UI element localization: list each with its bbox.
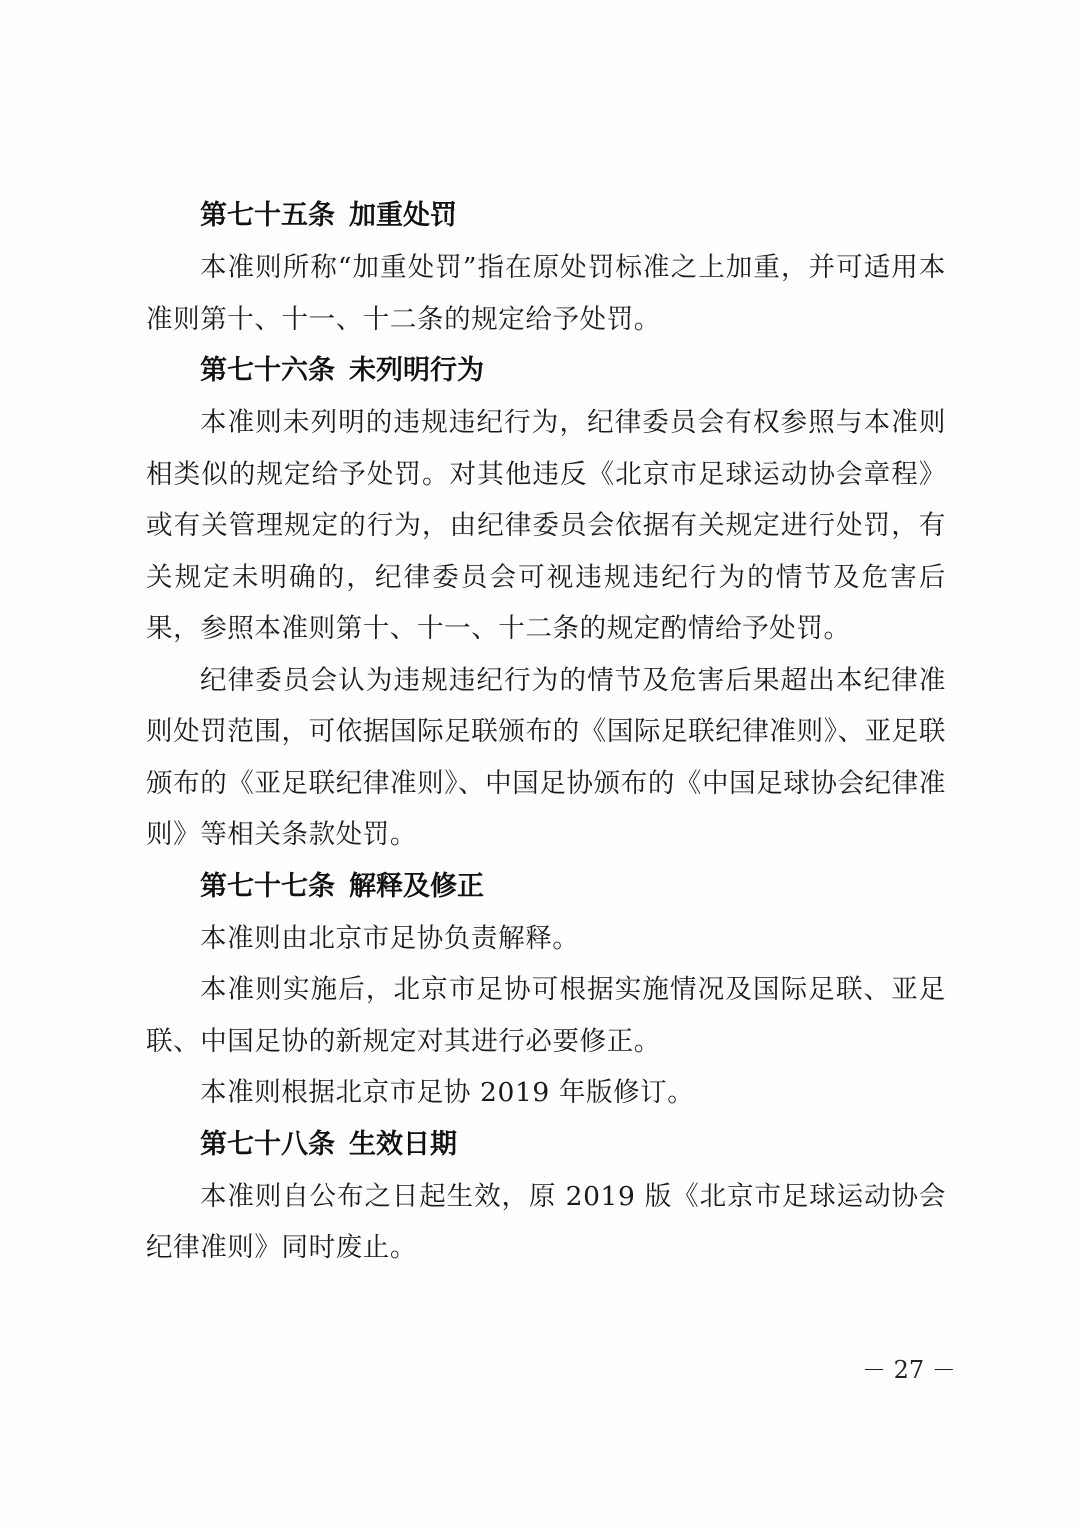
article-title: 加重处罚 [349, 200, 457, 231]
document-body: 第七十五条加重处罚 本准则所称“加重处罚”指在原处罚标准之上加重，并可适用本准则… [146, 190, 946, 1274]
page-number: － 27 － [862, 1350, 956, 1385]
article-76: 第七十六条未列明行为 本准则未列明的违规违纪行为，纪律委员会有权参照与本准则相类… [146, 345, 946, 861]
article-heading: 第七十八条生效日期 [146, 1119, 946, 1171]
article-77: 第七十七条解释及修正 本准则由北京市足协负责解释。 本准则实施后，北京市足协可根… [146, 861, 946, 1119]
article-paragraph: 本准则所称“加重处罚”指在原处罚标准之上加重，并可适用本准则第十、十一、十二条的… [146, 242, 946, 345]
article-title: 生效日期 [349, 1129, 457, 1160]
article-paragraph: 本准则实施后，北京市足协可根据实施情况及国际足联、亚足联、中国足协的新规定对其进… [146, 964, 946, 1067]
article-78: 第七十八条生效日期 本准则自公布之日起生效，原 2019 版《北京市足球运动协会… [146, 1119, 946, 1274]
article-heading: 第七十七条解释及修正 [146, 861, 946, 913]
article-paragraph: 本准则未列明的违规违纪行为，纪律委员会有权参照与本准则相类似的规定给予处罚。对其… [146, 397, 946, 655]
article-75: 第七十五条加重处罚 本准则所称“加重处罚”指在原处罚标准之上加重，并可适用本准则… [146, 190, 946, 345]
article-number: 第七十六条 [200, 355, 335, 386]
article-paragraph: 纪律委员会认为违规违纪行为的情节及危害后果超出本纪律准则处罚范围，可依据国际足联… [146, 655, 946, 861]
article-title: 解释及修正 [349, 871, 484, 902]
article-paragraph: 本准则根据北京市足协 2019 年版修订。 [146, 1067, 946, 1119]
article-number: 第七十八条 [200, 1129, 335, 1160]
article-paragraph: 本准则由北京市足协负责解释。 [146, 913, 946, 965]
article-paragraph: 本准则自公布之日起生效，原 2019 版《北京市足球运动协会纪律准则》同时废止。 [146, 1171, 946, 1274]
article-number: 第七十七条 [200, 871, 335, 902]
article-heading: 第七十六条未列明行为 [146, 345, 946, 397]
article-title: 未列明行为 [349, 355, 484, 386]
document-page: 第七十五条加重处罚 本准则所称“加重处罚”指在原处罚标准之上加重，并可适用本准则… [0, 0, 1080, 1527]
article-heading: 第七十五条加重处罚 [146, 190, 946, 242]
article-number: 第七十五条 [200, 200, 335, 231]
